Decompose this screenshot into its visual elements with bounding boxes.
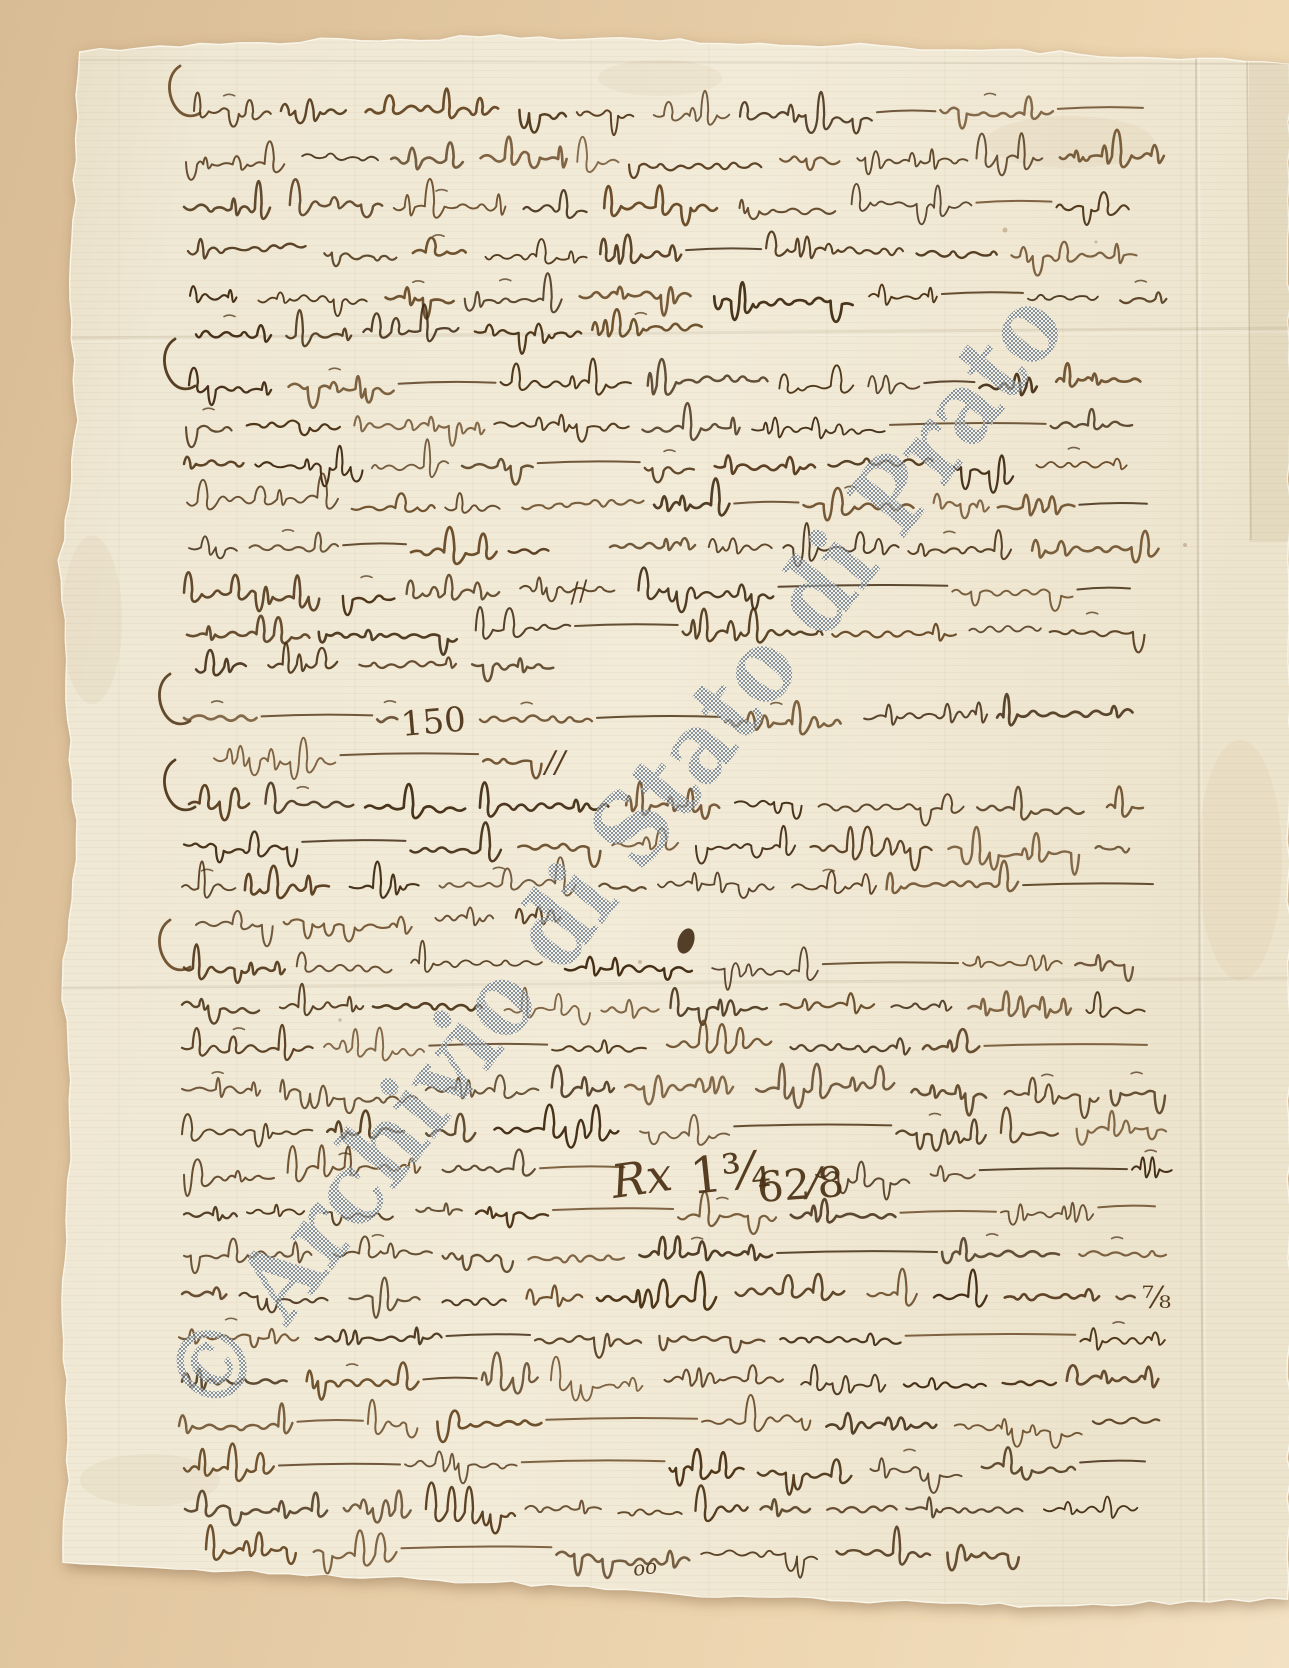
numeral-annotation: // <box>542 745 568 780</box>
numeral-annotation: 150 <box>399 699 467 745</box>
foxing-dot <box>1183 543 1187 547</box>
foxing-dot <box>638 960 642 964</box>
numeral-annotation: oo <box>631 1554 658 1581</box>
numeral-annotation: Rx <box>607 1147 676 1209</box>
stain-blotch <box>62 536 122 704</box>
numeral-annotation: 62⁄8 <box>755 1157 845 1212</box>
stain-blotch <box>300 1604 540 1656</box>
under-leaf-strip <box>1249 56 1289 542</box>
archival-scan-page: { "page": { "kind": "archival scan of a … <box>0 0 1289 1668</box>
foxing-dot <box>338 1018 342 1022</box>
stain-blotch <box>1198 740 1282 980</box>
manuscript-scan: 150////Rx1¾62⁄8⅞oo © Archivio di Stato d… <box>0 0 1289 1668</box>
scan-backdrop: 150////Rx1¾62⁄8⅞oo © Archivio di Stato d… <box>0 0 1289 1668</box>
foxing-dot <box>1095 241 1098 244</box>
foxing-dot <box>658 1595 662 1599</box>
numeral-annotation: ⅞ <box>1142 1281 1171 1316</box>
stain-blotch <box>598 60 722 96</box>
foxing-dot <box>1003 228 1008 233</box>
